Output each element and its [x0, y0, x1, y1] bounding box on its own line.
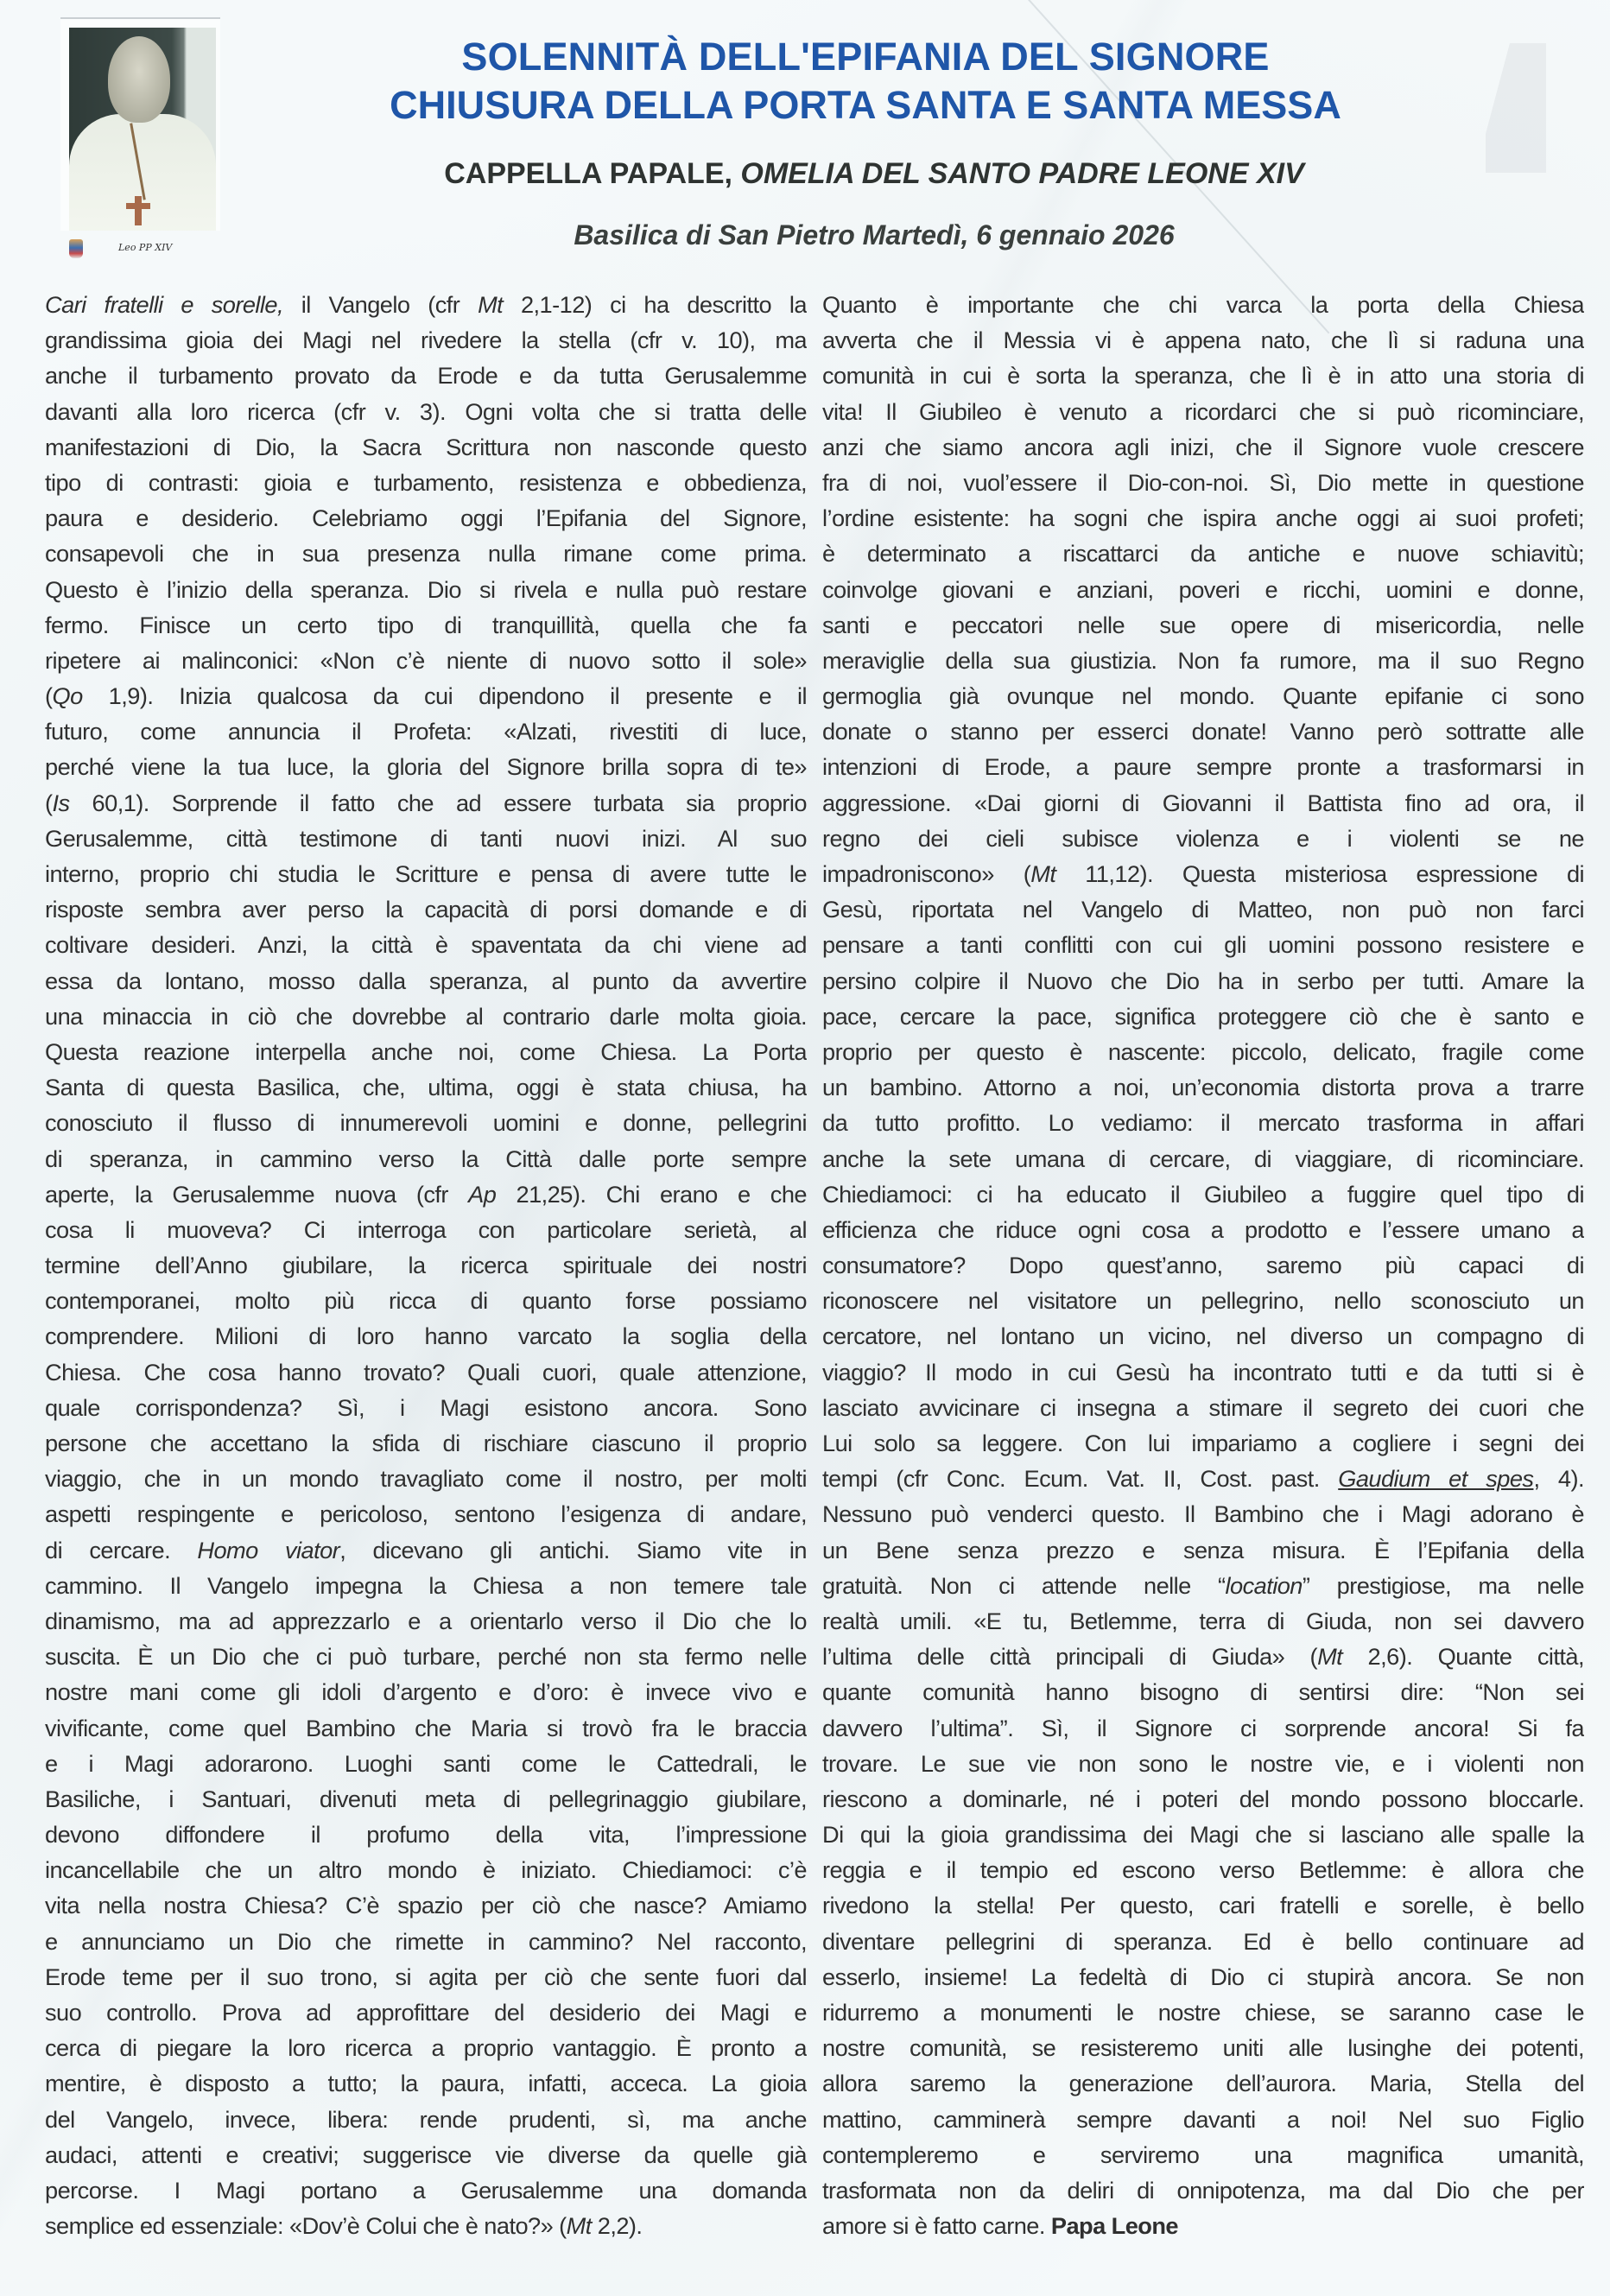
text-line: l’ultima delle città principali di Giuda… — [822, 1639, 1584, 1674]
text-run: semplice ed essenziale: «Dov’è Colui che… — [45, 2212, 567, 2239]
text-run: dinamismo, ma ad apprezzarlo e a orienta… — [45, 1608, 807, 1634]
text-line: tipo di contrasti: gioia e turbamento, r… — [45, 465, 807, 500]
text-line: Quanto è importante che chi varca la por… — [822, 287, 1584, 322]
text-line: allora saremo la generazione dell’aurora… — [822, 2065, 1584, 2101]
text-run: Di qui la gioia grandissima dei Magi che… — [822, 1821, 1584, 1848]
text-run: vivificante, come quel Bambino che Maria… — [45, 1715, 807, 1741]
text-run: riescono a dominarle, né i poteri del mo… — [822, 1785, 1584, 1812]
text-line: tempi (cfr Conc. Ecum. Vat. II, Cost. pa… — [822, 1461, 1584, 1496]
text-run: Basiliche, i Santuari, divenuti meta di … — [45, 1785, 807, 1812]
text-line: vita nella nostra Chiesa? C’è spazio per… — [45, 1887, 807, 1923]
text-line: nostre comunità, se resisteremo uniti al… — [822, 2030, 1584, 2065]
text-run: nostre mani come gli idoli d’argento e d… — [45, 1678, 807, 1705]
text-run: anche la sete umana di cercare, di viagg… — [822, 1145, 1584, 1172]
text-run: ridurremo a monumenti le nostre chiese, … — [822, 1999, 1584, 2026]
text-line: efficienza che riduce ogni cosa a prodot… — [822, 1212, 1584, 1247]
text-run: conosciuto il flusso di innumerevoli uom… — [45, 1109, 807, 1136]
text-run: 21,25). Chi erano e che — [496, 1181, 807, 1208]
text-run: esserlo, insieme! La fedeltà di Dio ci s… — [822, 1963, 1584, 1990]
text-run: anzi che siamo ancora agli inizi, che il… — [822, 434, 1584, 460]
text-line: è determinato a riscattarci da antiche e… — [822, 536, 1584, 571]
text-run: allora saremo la generazione dell’aurora… — [822, 2070, 1584, 2096]
text-line: reggia e il tempio ed escono verso Betle… — [822, 1852, 1584, 1887]
text-run: intenzioni di Erode, a paure sempre pron… — [822, 753, 1584, 780]
italic-run: Homo viator — [197, 1537, 339, 1563]
text-run: percorse. I Magi portano a Gerusalemme u… — [45, 2177, 807, 2204]
text-run: aspetti respingente e pericoloso, senton… — [45, 1500, 807, 1527]
text-line: nostre mani come gli idoli d’argento e d… — [45, 1674, 807, 1709]
text-line: persino colpire il Nuovo che Dio ha in s… — [822, 963, 1584, 999]
text-run: 2,2). — [592, 2212, 643, 2239]
text-run: pace, cercare la pace, significa protegg… — [822, 1003, 1584, 1030]
italic-run: Mt — [1317, 1643, 1342, 1670]
text-run: proprio per questo è nascente: piccolo, … — [822, 1038, 1584, 1065]
text-line: regno dei cieli subisce violenza e i vio… — [822, 821, 1584, 856]
text-run: persino colpire il Nuovo che Dio ha in s… — [822, 967, 1584, 994]
text-line: audaci, attenti e creativi; suggerisce v… — [45, 2137, 807, 2172]
text-line: proprio per questo è nascente: piccolo, … — [822, 1034, 1584, 1069]
text-run: suscita. È un Dio che ci può turbare, pe… — [45, 1643, 807, 1670]
text-run: coltivare desideri. Anzi, la città è spa… — [45, 931, 807, 958]
text-run: ( — [45, 790, 53, 816]
text-run: suo controllo. Prova ad approfittare del… — [45, 1999, 807, 2026]
text-run: gratuità. Non ci attende nelle “ — [822, 1572, 1226, 1599]
text-line: pensare a tanti conflitti con cui gli uo… — [822, 927, 1584, 962]
text-line: comunità in cui è sorta la speranza, che… — [822, 358, 1584, 393]
text-line: meraviglie della sua giustizia. Non fa r… — [822, 643, 1584, 678]
text-line: viaggio? Il modo in cui Gesù ha incontra… — [822, 1354, 1584, 1390]
text-run: l’ordine esistente: ha sogni che ispira … — [822, 504, 1584, 531]
text-line: un bambino. Attorno a noi, un’economia d… — [822, 1069, 1584, 1105]
italic-run: location — [1226, 1572, 1303, 1599]
text-line: anzi che siamo ancora agli inizi, che il… — [822, 429, 1584, 465]
text-line: di cercare. Homo viator, dicevano gli an… — [45, 1532, 807, 1568]
text-line: lasciato avvicinare ci insegna a stimare… — [822, 1390, 1584, 1425]
text-run: comunità in cui è sorta la speranza, che… — [822, 362, 1584, 389]
text-line: un Bene senza prezzo e senza misura. È l… — [822, 1532, 1584, 1568]
text-line: essa da lontano, mosso dalla speranza, a… — [45, 963, 807, 999]
title-line-2: CHIUSURA DELLA PORTA SANTA E SANTA MESSA — [0, 83, 1610, 128]
text-run: rivedono la stella! Per questo, cari fra… — [822, 1892, 1584, 1919]
text-run: pensare a tanti conflitti con cui gli uo… — [822, 931, 1584, 958]
text-line: (Qo 1,9). Inizia qualcosa da cui dipendo… — [45, 678, 807, 714]
text-run: , 4). — [1533, 1465, 1584, 1492]
text-line: ridurremo a monumenti le nostre chiese, … — [822, 1995, 1584, 2030]
title-line-1: SOLENNITÀ DELL'EPIFANIA DEL SIGNORE — [0, 35, 1610, 79]
text-run: efficienza che riduce ogni cosa a prodot… — [822, 1216, 1584, 1243]
text-line: Chiediamoci: ci ha educato il Giubileo a… — [822, 1177, 1584, 1212]
text-run: mentire, è disposto a tutto; la paura, i… — [45, 2070, 807, 2096]
dateline: Basilica di San Pietro Martedì, 6 gennai… — [0, 219, 1610, 251]
text-line: cosa li muoveva? Ci interroga con partic… — [45, 1212, 807, 1247]
text-line: avverta che il Messia vi è appena nato, … — [822, 322, 1584, 358]
text-run: 60,1). Sorprende il fatto che ad essere … — [70, 790, 807, 816]
text-line: devono diffondere il profumo della vita,… — [45, 1817, 807, 1852]
text-line: da tutto profitto. Lo vediamo: il mercat… — [822, 1105, 1584, 1140]
text-run: donate o stanno per esserci donate! Vann… — [822, 718, 1584, 745]
text-line: Erode teme per il suo trono, si agita pe… — [45, 1959, 807, 1995]
text-line: donate o stanno per esserci donate! Vann… — [822, 714, 1584, 749]
subtitle-italic: OMELIA DEL SANTO PADRE LEONE XIV — [740, 157, 1303, 190]
text-run: nostre comunità, se resisteremo uniti al… — [822, 2034, 1584, 2061]
text-run: davanti alla loro ricerca (cfr v. 3). Og… — [45, 398, 807, 425]
text-run: essa da lontano, mosso dalla speranza, a… — [45, 967, 807, 994]
text-line: fra di noi, vuol’essere il Dio-con-noi. … — [822, 465, 1584, 500]
text-run: mattino, camminerà sempre davanti a noi!… — [822, 2106, 1584, 2133]
text-run: Chiediamoci: ci ha educato il Giubileo a… — [822, 1181, 1584, 1208]
text-run: anche il turbamento provato da Erode e d… — [45, 362, 807, 389]
text-line: interno, proprio chi studia le Scritture… — [45, 856, 807, 891]
text-run: meraviglie della sua giustizia. Non fa r… — [822, 647, 1584, 674]
text-run: un Bene senza prezzo e senza misura. È l… — [822, 1537, 1584, 1563]
italic-run: Mt — [1030, 860, 1055, 887]
text-run: tipo di contrasti: gioia e turbamento, r… — [45, 469, 807, 496]
text-line: percorse. I Magi portano a Gerusalemme u… — [45, 2172, 807, 2208]
text-run: un bambino. Attorno a noi, un’economia d… — [822, 1074, 1584, 1100]
text-run: perché viene la tua luce, la gloria del … — [45, 753, 807, 780]
text-run: incancellabile che un altro mondo è iniz… — [45, 1856, 807, 1883]
text-line: quante comunità hanno bisogno di sentirs… — [822, 1674, 1584, 1709]
text-line: davanti alla loro ricerca (cfr v. 3). Og… — [45, 394, 807, 429]
text-line: cerca di piegare la loro ricerca a propr… — [45, 2030, 807, 2065]
text-line: conosciuto il flusso di innumerevoli uom… — [45, 1105, 807, 1140]
text-run: del Vangelo, invece, libera: rende prude… — [45, 2106, 807, 2133]
text-line: riescono a dominarle, né i poteri del mo… — [822, 1781, 1584, 1817]
text-run: Santa di questa Basilica, che, ultima, o… — [45, 1074, 807, 1100]
text-run: fermo. Finisce un certo tipo di tranquil… — [45, 612, 807, 638]
text-run: e annunciamo un Dio che rimette in cammi… — [45, 1928, 807, 1955]
text-line: intenzioni di Erode, a paure sempre pron… — [822, 749, 1584, 784]
text-line: paura e desiderio. Celebriamo oggi l’Epi… — [45, 500, 807, 536]
text-run: manifestazioni di Dio, la Sacra Scrittur… — [45, 434, 807, 460]
text-run: comprendere. Milioni di loro hanno varca… — [45, 1322, 807, 1349]
text-run: amore si è fatto carne. — [822, 2212, 1051, 2239]
text-line: Questa reazione interpella anche noi, co… — [45, 1034, 807, 1069]
text-line: ripetere ai malinconici: «Non c’è niente… — [45, 643, 807, 678]
text-line: aperte, la Gerusalemme nuova (cfr Ap 21,… — [45, 1177, 807, 1212]
text-line: santi e peccatori nelle sue opere di mis… — [822, 607, 1584, 643]
text-run: contemporanei, molto più ricca di quanto… — [45, 1287, 807, 1314]
text-line: coltivare desideri. Anzi, la città è spa… — [45, 927, 807, 962]
text-line: persone che accettano la sfida di rischi… — [45, 1425, 807, 1461]
text-line: (Is 60,1). Sorprende il fatto che ad ess… — [45, 785, 807, 821]
author-signature: Papa Leone — [1051, 2212, 1178, 2239]
text-run: Chiesa. Che cosa hanno trovato? Quali cu… — [45, 1359, 807, 1386]
text-run: Gesù, riportata nel Vangelo di Matteo, n… — [822, 896, 1584, 923]
homily-right-column: Quanto è importante che chi varca la por… — [822, 287, 1584, 2243]
text-run: 2,6). Quante città, — [1342, 1643, 1584, 1670]
text-run: devono diffondere il profumo della vita,… — [45, 1821, 807, 1848]
text-line: amore si è fatto carne. Papa Leone — [822, 2208, 1584, 2243]
text-run: vita nella nostra Chiesa? C’è spazio per… — [45, 1892, 807, 1919]
text-run: cosa li muoveva? Ci interroga con partic… — [45, 1216, 807, 1243]
text-line: Basiliche, i Santuari, divenuti meta di … — [45, 1781, 807, 1817]
text-run: davvero l’ultima”. Sì, il Signore ci sor… — [822, 1715, 1584, 1741]
text-run: è determinato a riscattarci da antiche e… — [822, 540, 1584, 567]
text-run: futuro, come annuncia il Profeta: «Alzat… — [45, 718, 807, 745]
text-line: rivedono la stella! Per questo, cari fra… — [822, 1887, 1584, 1923]
text-run: viaggio, che in un mondo travagliato com… — [45, 1465, 807, 1492]
text-line: semplice ed essenziale: «Dov’è Colui che… — [45, 2208, 807, 2243]
text-line: Gerusalemme, città testimone di tanti nu… — [45, 821, 807, 856]
text-line: fermo. Finisce un certo tipo di tranquil… — [45, 607, 807, 643]
text-run: interno, proprio chi studia le Scritture… — [45, 860, 807, 887]
italic-run: Mt — [567, 2212, 592, 2239]
italic-run: Ap — [468, 1181, 496, 1208]
text-run: aggressione. «Dai giorni di Giovanni il … — [822, 790, 1584, 816]
text-line: risposte sembra aver perso la capacità d… — [45, 891, 807, 927]
text-line: vita! Il Giubileo è venuto a ricordarci … — [822, 394, 1584, 429]
text-run: vita! Il Giubileo è venuto a ricordarci … — [822, 398, 1584, 425]
text-line: aggressione. «Dai giorni di Giovanni il … — [822, 785, 1584, 821]
text-run: impadroniscono» ( — [822, 860, 1030, 887]
text-line: e annunciamo un Dio che rimette in cammi… — [45, 1924, 807, 1959]
text-line: comprendere. Milioni di loro hanno varca… — [45, 1318, 807, 1354]
text-line: incancellabile che un altro mondo è iniz… — [45, 1852, 807, 1887]
text-line: manifestazioni di Dio, la Sacra Scrittur… — [45, 429, 807, 465]
text-line: vivificante, come quel Bambino che Maria… — [45, 1710, 807, 1746]
pectoral-cross-bar — [126, 203, 150, 209]
text-line: di speranza, in cammino verso la Città d… — [45, 1141, 807, 1177]
text-run: 2,1-12) ci ha descritto la — [503, 291, 807, 318]
text-line: l’ordine esistente: ha sogni che ispira … — [822, 500, 1584, 536]
text-line: diventare pellegrini di speranza. Ed è b… — [822, 1924, 1584, 1959]
text-run: , dicevano gli antichi. Siamo vite in — [339, 1537, 807, 1563]
italic-run: Is — [53, 790, 70, 816]
text-line: perché viene la tua luce, la gloria del … — [45, 749, 807, 784]
text-line: cercatore, nel lontano un vicino, nel di… — [822, 1318, 1584, 1354]
text-run: tempi (cfr Conc. Ecum. Vat. II, Cost. pa… — [822, 1465, 1338, 1492]
text-line: futuro, come annuncia il Profeta: «Alzat… — [45, 714, 807, 749]
text-line: grandissima gioia dei Magi nel rivedere … — [45, 322, 807, 358]
text-run: termine dell’Anno giubilare, la ricerca … — [45, 1252, 807, 1278]
text-line: Chiesa. Che cosa hanno trovato? Quali cu… — [45, 1354, 807, 1390]
text-run: da tutto profitto. Lo vediamo: il mercat… — [822, 1109, 1584, 1136]
text-run: una minaccia in ciò che dovrebbe al cont… — [45, 1003, 807, 1030]
text-line: esserlo, insieme! La fedeltà di Dio ci s… — [822, 1959, 1584, 1995]
subtitle-prefix: CAPPELLA PAPALE, — [444, 157, 740, 190]
text-run: audaci, attenti e creativi; suggerisce v… — [45, 2141, 807, 2168]
text-line: Di qui la gioia grandissima dei Magi che… — [822, 1817, 1584, 1852]
homily-left-column: Cari fratelli e sorelle, il Vangelo (cfr… — [45, 287, 807, 2243]
text-run: grandissima gioia dei Magi nel rivedere … — [45, 327, 807, 353]
text-line: consumatore? Dopo quest’anno, saremo più… — [822, 1247, 1584, 1283]
text-run: coinvolge giovani e anziani, poveri e ri… — [822, 576, 1584, 603]
text-run: contempleremo e serviremo una magnifica … — [822, 2141, 1584, 2168]
text-run: cammino. Il Vangelo impegna la Chiesa a … — [45, 1572, 807, 1599]
text-line: termine dell’Anno giubilare, la ricerca … — [45, 1247, 807, 1283]
text-line: anche la sete umana di cercare, di viagg… — [822, 1141, 1584, 1177]
text-line: trovare. Le sue vie non sono le nostre v… — [822, 1746, 1584, 1781]
text-run: Lui solo sa leggere. Con lui impariamo a… — [822, 1430, 1584, 1456]
text-line: Cari fratelli e sorelle, il Vangelo (cfr… — [45, 287, 807, 322]
italic-run: Cari fratelli e sorelle, — [45, 291, 283, 318]
text-line: trasformata non da deliri di onnipotenza… — [822, 2172, 1584, 2208]
text-run: consumatore? Dopo quest’anno, saremo più… — [822, 1252, 1584, 1278]
text-line: coinvolge giovani e anziani, poveri e ri… — [822, 572, 1584, 607]
text-run: lasciato avvicinare ci insegna a stimare… — [822, 1394, 1584, 1421]
text-run: paura e desiderio. Celebriamo oggi l’Epi… — [45, 504, 807, 531]
text-run: Erode teme per il suo trono, si agita pe… — [45, 1963, 807, 1990]
text-line: aspetti respingente e pericoloso, senton… — [45, 1496, 807, 1532]
text-run: ripetere ai malinconici: «Non c’è niente… — [45, 647, 807, 674]
italic-run: Qo — [53, 682, 83, 709]
text-run: trasformata non da deliri di onnipotenza… — [822, 2177, 1584, 2204]
text-run: cerca di piegare la loro ricerca a propr… — [45, 2034, 807, 2061]
text-run: e i Magi adorarono. Luoghi santi come le… — [45, 1750, 807, 1777]
text-run: persone che accettano la sfida di rischi… — [45, 1430, 807, 1456]
text-line: Nessuno può venderci questo. Il Bambino … — [822, 1496, 1584, 1532]
text-run: germoglia già ovunque nel mondo. Quante … — [822, 682, 1584, 709]
text-line: Questo è l’inizio della speranza. Dio si… — [45, 572, 807, 607]
text-line: mattino, camminerà sempre davanti a noi!… — [822, 2102, 1584, 2137]
text-run: il Vangelo (cfr — [283, 291, 478, 318]
text-run: realtà umili. «E tu, Betlemme, terra di … — [822, 1608, 1584, 1634]
text-line: riconoscere nel visitatore un pellegrino… — [822, 1283, 1584, 1318]
text-run: 1,9). Inizia qualcosa da cui dipendono i… — [83, 682, 807, 709]
text-run: quante comunità hanno bisogno di sentirs… — [822, 1678, 1584, 1705]
text-line: Gesù, riportata nel Vangelo di Matteo, n… — [822, 891, 1584, 927]
text-line: contempleremo e serviremo una magnifica … — [822, 2137, 1584, 2172]
text-line: mentire, è disposto a tutto; la paura, i… — [45, 2065, 807, 2101]
text-line: e i Magi adorarono. Luoghi santi come le… — [45, 1746, 807, 1781]
text-run: cercatore, nel lontano un vicino, nel di… — [822, 1322, 1584, 1349]
text-line: cammino. Il Vangelo impegna la Chiesa a … — [45, 1568, 807, 1603]
text-run: di cercare. — [45, 1537, 197, 1563]
text-line: realtà umili. «E tu, Betlemme, terra di … — [822, 1603, 1584, 1639]
text-run: l’ultima delle città principali di Giuda… — [822, 1643, 1317, 1670]
text-run: ( — [45, 682, 53, 709]
text-line: una minaccia in ciò che dovrebbe al cont… — [45, 999, 807, 1034]
text-run: Questa reazione interpella anche noi, co… — [45, 1038, 807, 1065]
text-run: avverta che il Messia vi è appena nato, … — [822, 327, 1584, 353]
text-run: fra di noi, vuol’essere il Dio-con-noi. … — [822, 469, 1584, 496]
text-line: pace, cercare la pace, significa protegg… — [822, 999, 1584, 1034]
text-line: suscita. È un Dio che ci può turbare, pe… — [45, 1639, 807, 1674]
text-line: suo controllo. Prova ad approfittare del… — [45, 1995, 807, 2030]
italic-run: Mt — [478, 291, 503, 318]
text-run: consapevoli che in sua presenza nulla ri… — [45, 540, 807, 567]
text-line: del Vangelo, invece, libera: rende prude… — [45, 2102, 807, 2137]
text-run: viaggio? Il modo in cui Gesù ha incontra… — [822, 1359, 1584, 1386]
text-run: Quanto è importante che chi varca la por… — [822, 291, 1584, 318]
text-run: risposte sembra aver perso la capacità d… — [45, 896, 807, 923]
text-run: Gerusalemme, città testimone di tanti nu… — [45, 825, 807, 852]
text-run: di speranza, in cammino verso la Città d… — [45, 1145, 807, 1172]
text-line: quale corrispondenza? Sì, i Magi esiston… — [45, 1390, 807, 1425]
text-run: riconoscere nel visitatore un pellegrino… — [822, 1287, 1584, 1314]
text-run: reggia e il tempio ed escono verso Betle… — [822, 1856, 1584, 1883]
text-run: regno dei cieli subisce violenza e i vio… — [822, 825, 1584, 852]
document-reference-link: Gaudium et spes — [1338, 1465, 1533, 1492]
text-line: contemporanei, molto più ricca di quanto… — [45, 1283, 807, 1318]
text-run: santi e peccatori nelle sue opere di mis… — [822, 612, 1584, 638]
text-line: germoglia già ovunque nel mondo. Quante … — [822, 678, 1584, 714]
text-line: Lui solo sa leggere. Con lui impariamo a… — [822, 1425, 1584, 1461]
text-run: Questo è l’inizio della speranza. Dio si… — [45, 576, 807, 603]
text-line: davvero l’ultima”. Sì, il Signore ci sor… — [822, 1710, 1584, 1746]
text-run: aperte, la Gerusalemme nuova (cfr — [45, 1181, 468, 1208]
subtitle: CAPPELLA PAPALE, OMELIA DEL SANTO PADRE … — [0, 157, 1610, 191]
text-run: Nessuno può venderci questo. Il Bambino … — [822, 1500, 1584, 1527]
text-line: viaggio, che in un mondo travagliato com… — [45, 1461, 807, 1496]
text-line: Santa di questa Basilica, che, ultima, o… — [45, 1069, 807, 1105]
text-line: consapevoli che in sua presenza nulla ri… — [45, 536, 807, 571]
text-run: trovare. Le sue vie non sono le nostre v… — [822, 1750, 1584, 1777]
text-line: anche il turbamento provato da Erode e d… — [45, 358, 807, 393]
text-line: dinamismo, ma ad apprezzarlo e a orienta… — [45, 1603, 807, 1639]
text-run: diventare pellegrini di speranza. Ed è b… — [822, 1928, 1584, 1955]
text-run: 11,12). Questa misteriosa espressione di — [1055, 860, 1584, 887]
text-run: ” prestigiose, ma nelle — [1303, 1572, 1584, 1599]
text-line: gratuità. Non ci attende nelle “location… — [822, 1568, 1584, 1603]
text-line: impadroniscono» (Mt 11,12). Questa miste… — [822, 856, 1584, 891]
text-run: quale corrispondenza? Sì, i Magi esiston… — [45, 1394, 807, 1421]
